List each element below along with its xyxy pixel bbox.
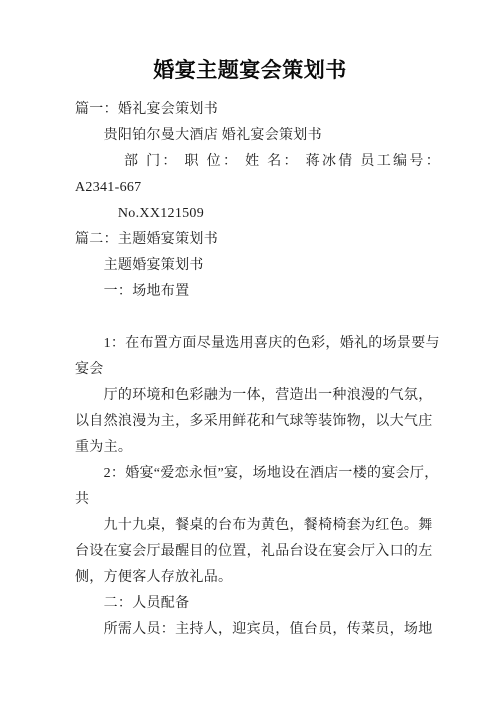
- text-line: 篇一：婚礼宴会策划书: [75, 97, 440, 123]
- text-line: 一：场地布置: [75, 279, 440, 305]
- text-line: 共: [75, 487, 440, 513]
- text-line: 1：在布置方面尽量选用喜庆的色彩，婚礼的场景要与: [75, 331, 440, 357]
- document-body: 篇一：婚礼宴会策划书 贵阳铂尔曼大酒店 婚礼宴会策划书 部 门： 职 位： 姓 …: [0, 97, 500, 643]
- text-line: 所需人员：主持人，迎宾员，值台员，传菜员，场地: [75, 617, 440, 643]
- text-line: 部 门： 职 位： 姓 名： 蒋冰倩 员工编号：: [75, 149, 440, 175]
- text-line: 篇二：主题婚宴策划书: [75, 227, 440, 253]
- text-line: 以自然浪漫为主，多采用鲜花和气球等装饰物，以大气庄: [75, 409, 440, 435]
- text-line: A2341-667: [75, 175, 440, 201]
- text-line: 二：人员配备: [75, 591, 440, 617]
- text-line: 厅的环境和色彩融为一体，营造出一种浪漫的气氛，: [75, 383, 440, 409]
- text-line: 宴会: [75, 357, 440, 383]
- text-line: 贵阳铂尔曼大酒店 婚礼宴会策划书: [75, 123, 440, 149]
- text-line: 台设在宴会厅最醒目的位置，礼品台设在宴会厅入口的左: [75, 539, 440, 565]
- text-line: No.XX121509: [75, 201, 440, 227]
- text-line: 九十九桌，餐桌的台布为黄色，餐椅椅套为红色。舞: [75, 513, 440, 539]
- document-title: 婚宴主题宴会策划书: [0, 0, 500, 87]
- text-line: 2：婚宴“爱恋永恒”宴，场地设在酒店一楼的宴会厅，: [75, 461, 440, 487]
- text-line: 侧，方便客人存放礼品。: [75, 565, 440, 591]
- document-page: 婚宴主题宴会策划书 篇一：婚礼宴会策划书 贵阳铂尔曼大酒店 婚礼宴会策划书 部 …: [0, 0, 500, 707]
- text-line: 主题婚宴策划书: [75, 253, 440, 279]
- blank-line: [75, 305, 440, 331]
- text-line: 重为主。: [75, 435, 440, 461]
